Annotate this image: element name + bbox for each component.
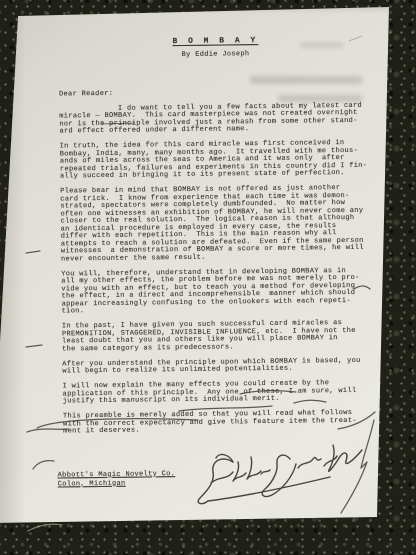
granite-surface: B O M B A Y By Eddie Joseph Dear Reader:…	[0, 0, 416, 555]
photo: { "colors": { "paper": "#e4e1da", "ink":…	[0, 0, 416, 555]
paragraph: This preamble is merely added so that yo…	[63, 410, 377, 436]
document-title: B O M B A Y	[58, 35, 372, 49]
paragraph: I will now explain the many effects you …	[63, 380, 377, 406]
typed-letter: B O M B A Y By Eddie Joseph Dear Reader:…	[18, 8, 396, 490]
paragraph: In truth, the idea for this card miracle…	[60, 140, 374, 181]
paragraph: Please bear in mind that BOMBAY is not o…	[60, 185, 375, 264]
document-byline: By Eddie Joseph	[58, 50, 372, 61]
paragraph: You will, therefore, understand that in …	[61, 267, 376, 316]
paragraph: After you understand the principle upon …	[62, 357, 376, 376]
paragraph: I do want to tell you a few facts about …	[59, 102, 373, 136]
letterhead-footer: Abbott's Magic Novelty Co. Colon, Michig…	[58, 468, 378, 488]
salutation: Dear Reader:	[59, 87, 373, 98]
paragraph: In the past, I have given you such succe…	[62, 320, 376, 354]
granite-scratch	[28, 524, 62, 531]
